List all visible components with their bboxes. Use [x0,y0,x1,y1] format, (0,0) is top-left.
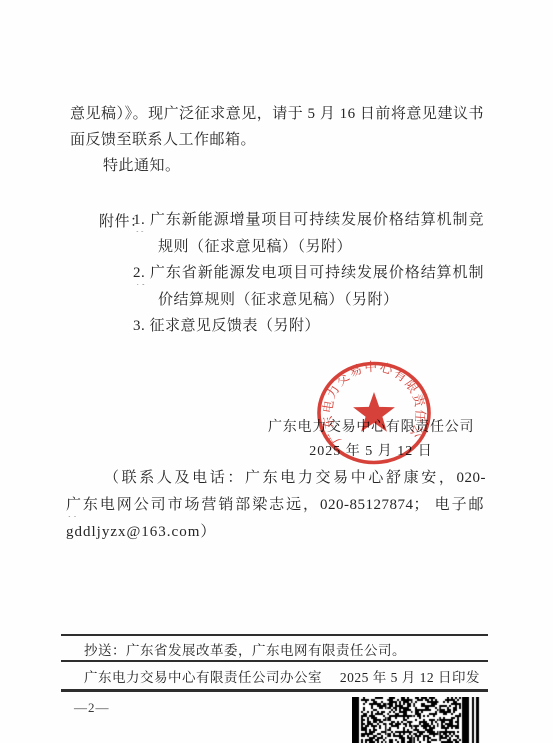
attachment-item-1-line-2: 规则（征求意见稿）（另附） [158,237,352,257]
issuer-company-name: 广东电力交易中心有限责任公司 [268,416,474,436]
document-page: 意见稿）》。现广泛征求意见，请于 5 月 16 日前将意见建议书 面反馈至联系人… [0,0,553,743]
notice-line: 特此通知。 [103,156,181,176]
footer-separator-top [61,634,488,636]
issue-date: 2025 年 5 月 12 日 [268,440,474,460]
attachment-item-2-line-1: 2. 广东省新能源发电项目可持续发展价格结算机制差 [133,263,484,285]
body-line-2: 面反馈至联系人工作邮箱。 [70,130,256,150]
attachment-item-3: 3. 征求意见反馈表（另附） [133,316,320,336]
cc-line: 抄送：广东省发展改革委，广东电网有限责任公司。 [84,641,406,661]
contact-line-1: （联系人及电话：广东电力交易中心舒康安，020-85127878； [104,468,486,490]
footer-separator-bottom [61,689,488,692]
attachment-item-2-line-2: 价结算规则（征求意见稿）（另附） [158,290,399,310]
page-number: —2— [74,700,110,716]
barcode-image [352,697,480,743]
contact-email-line: gddljyzx@163.com） [66,522,216,542]
body-line-1: 意见稿）》。现广泛征求意见，请于 5 月 16 日前将意见建议书 [70,104,484,126]
footer-office-row: 广东电力交易中心有限责任公司办公室 2025 年 5 月 12 日印发 [84,666,480,686]
footer-separator-middle [61,660,488,662]
print-date: 2025 年 5 月 12 日印发 [340,666,480,686]
issuing-office: 广东电力交易中心有限责任公司办公室 [84,666,322,686]
attachment-item-1-line-1: 1. 广东新能源增量项目可持续发展价格结算机制竞价 [133,210,484,232]
contact-line-2: 广东电网公司市场营销部梁志远，020-85127874； 电子邮箱： [66,495,484,517]
